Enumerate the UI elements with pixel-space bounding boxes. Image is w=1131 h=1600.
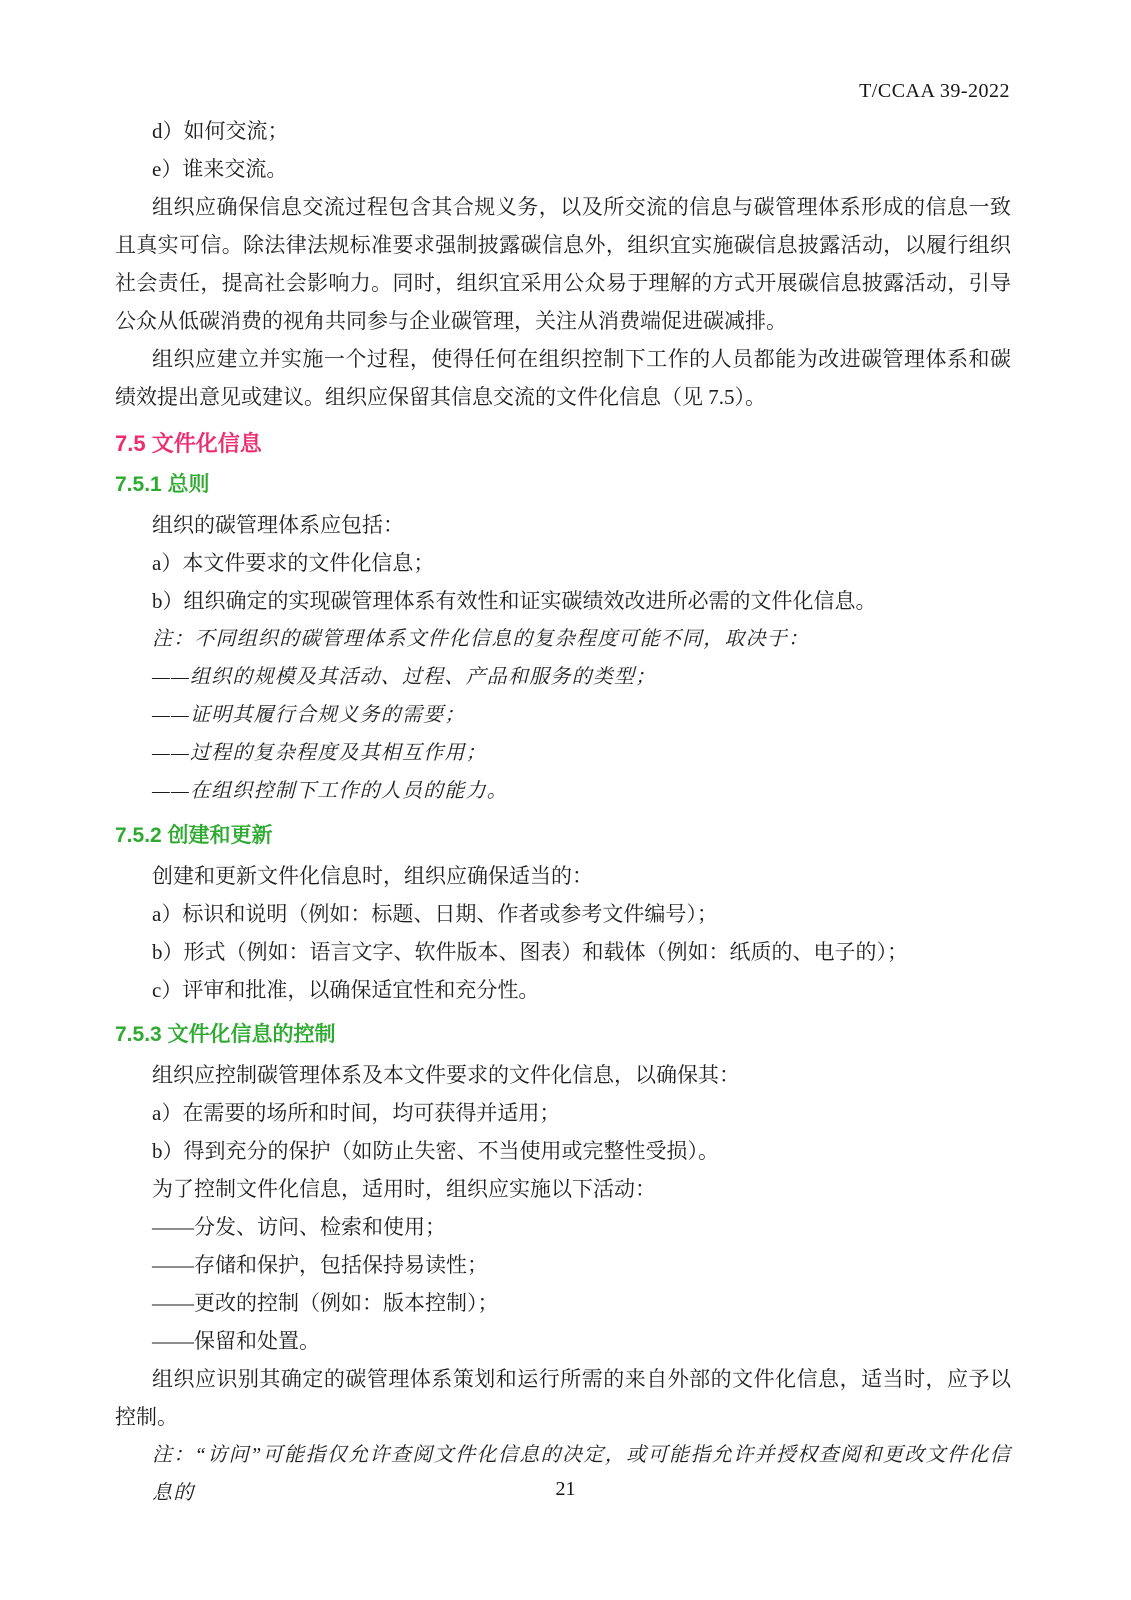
note-dash-item-compliance: ——证明其履行合规义务的需要； [115,696,1011,734]
list-item-d: d）如何交流； [115,112,1011,150]
list-item-a-752: a）标识和说明（例如：标题、日期、作者或参考文件编号）； [115,895,1011,933]
list-item-c-752: c）评审和批准，以确保适宜性和充分性。 [115,971,1011,1009]
paragraph-communication-compliance: 组织应确保信息交流过程包含其合规义务，以及所交流的信息与碳管理体系形成的信息一致… [115,188,1011,340]
section-heading-7-5: 7.5 文件化信息 [115,429,1011,459]
section-heading-7-5-3: 7.5.3 文件化信息的控制 [115,1020,1011,1049]
page-number: 21 [0,1478,1131,1501]
note-dash-item-complexity: ——过程的复杂程度及其相互作用； [115,734,1011,772]
document-page: T/CCAA 39-2022 d）如何交流； e）谁来交流。 组织应确保信息交流… [0,0,1131,1600]
paragraph-communication-process: 组织应建立并实施一个过程，使得任何在组织控制下工作的人员都能为改进碳管理体系和碳… [115,340,1011,416]
paragraph-control-docinfo: 组织应控制碳管理体系及本文件要求的文件化信息，以确保其： [115,1056,1011,1094]
dash-item-distribution: ——分发、访问、检索和使用； [115,1208,1011,1246]
note-751: 注：不同组织的碳管理体系文件化信息的复杂程度可能不同，取决于： [115,620,1011,658]
paragraph-external-docinfo: 组织应识别其确定的碳管理体系策划和运行所需的来自外部的文件化信息，适当时，应予以… [115,1360,1011,1436]
paragraph-control-activities: 为了控制文件化信息，适用时，组织应实施以下活动： [115,1170,1011,1208]
dash-item-retention: ——保留和处置。 [115,1322,1011,1360]
dash-item-storage: ——存储和保护，包括保持易读性； [115,1246,1011,1284]
list-item-e: e）谁来交流。 [115,150,1011,188]
running-header: T/CCAA 39-2022 [859,80,1010,103]
list-item-b-753: b）得到充分的保护（如防止失密、不当使用或完整性受损）。 [115,1132,1011,1170]
section-heading-7-5-1: 7.5.1 总则 [115,470,1011,499]
note-dash-item-competence: ——在组织控制下工作的人员的能力。 [115,772,1011,810]
paragraph-create-update: 创建和更新文件化信息时，组织应确保适当的： [115,857,1011,895]
section-heading-7-5-2: 7.5.2 创建和更新 [115,821,1011,850]
note-dash-item-scale: ——组织的规模及其活动、过程、产品和服务的类型； [115,658,1011,696]
dash-item-change-control: ——更改的控制（例如：版本控制）； [115,1284,1011,1322]
page-content: d）如何交流； e）谁来交流。 组织应确保信息交流过程包含其合规义务，以及所交流… [115,112,1011,1512]
paragraph-cms-includes: 组织的碳管理体系应包括： [115,506,1011,544]
list-item-a-751: a）本文件要求的文件化信息； [115,544,1011,582]
list-item-a-753: a）在需要的场所和时间，均可获得并适用； [115,1094,1011,1132]
list-item-b-751: b）组织确定的实现碳管理体系有效性和证实碳绩效改进所必需的文件化信息。 [115,582,1011,620]
list-item-b-752: b）形式（例如：语言文字、软件版本、图表）和载体（例如：纸质的、电子的）； [115,933,1011,971]
